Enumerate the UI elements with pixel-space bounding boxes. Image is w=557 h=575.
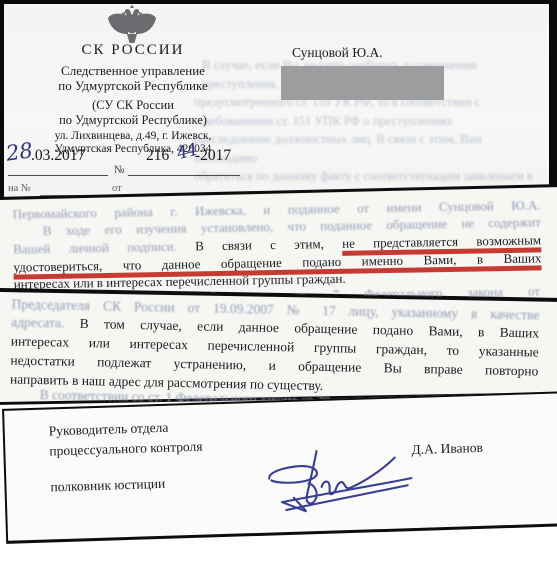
number-prefix: 216 [146, 147, 169, 165]
org-address-line1: ул. Лихвинцева, д.49, г. Ижевск, [4, 130, 262, 142]
handwritten-day: 28 [4, 138, 34, 165]
faded-text: адресата. [11, 314, 80, 330]
signer-rank: полковник юстиции [50, 476, 165, 496]
signature-block: Руководитель отдела процессуального конт… [2, 391, 557, 544]
coat-of-arms-icon [105, 4, 159, 44]
letterhead-paper: В случае, если Вы желаете сообщить о сов… [4, 4, 549, 202]
org-abbr-line1: (СУ СК России [4, 98, 262, 113]
org-abbr-line2: по Удмуртской Республике) [4, 113, 262, 128]
org-dept-line2: по Удмуртской Республике [4, 78, 262, 94]
scanned-letter: В случае, если Вы желаете сообщить о сов… [0, 0, 557, 575]
blank-line [8, 164, 108, 176]
redaction-bar [281, 66, 444, 100]
letterhead-photo: В случае, если Вы желаете сообщить о сов… [0, 0, 557, 202]
org-name: СК РОССИИ [4, 42, 262, 59]
org-dept-line1: Следственное управление [4, 63, 262, 79]
number-suffix: -2017 [195, 147, 231, 165]
signature-icon [260, 445, 437, 515]
faded-text: Вашей личной подписи. [13, 238, 195, 256]
printed-date: .03.2017 [31, 147, 85, 165]
blank-line [128, 164, 240, 176]
signer-title-line2: процессуального контроля [49, 439, 203, 460]
signer-title-line1: Руководитель отдела [48, 420, 168, 440]
body-text: В связи с этим, [195, 236, 342, 254]
number-sign: № [114, 164, 125, 176]
recipient-name: Сунцовой Ю.А. [292, 45, 383, 61]
